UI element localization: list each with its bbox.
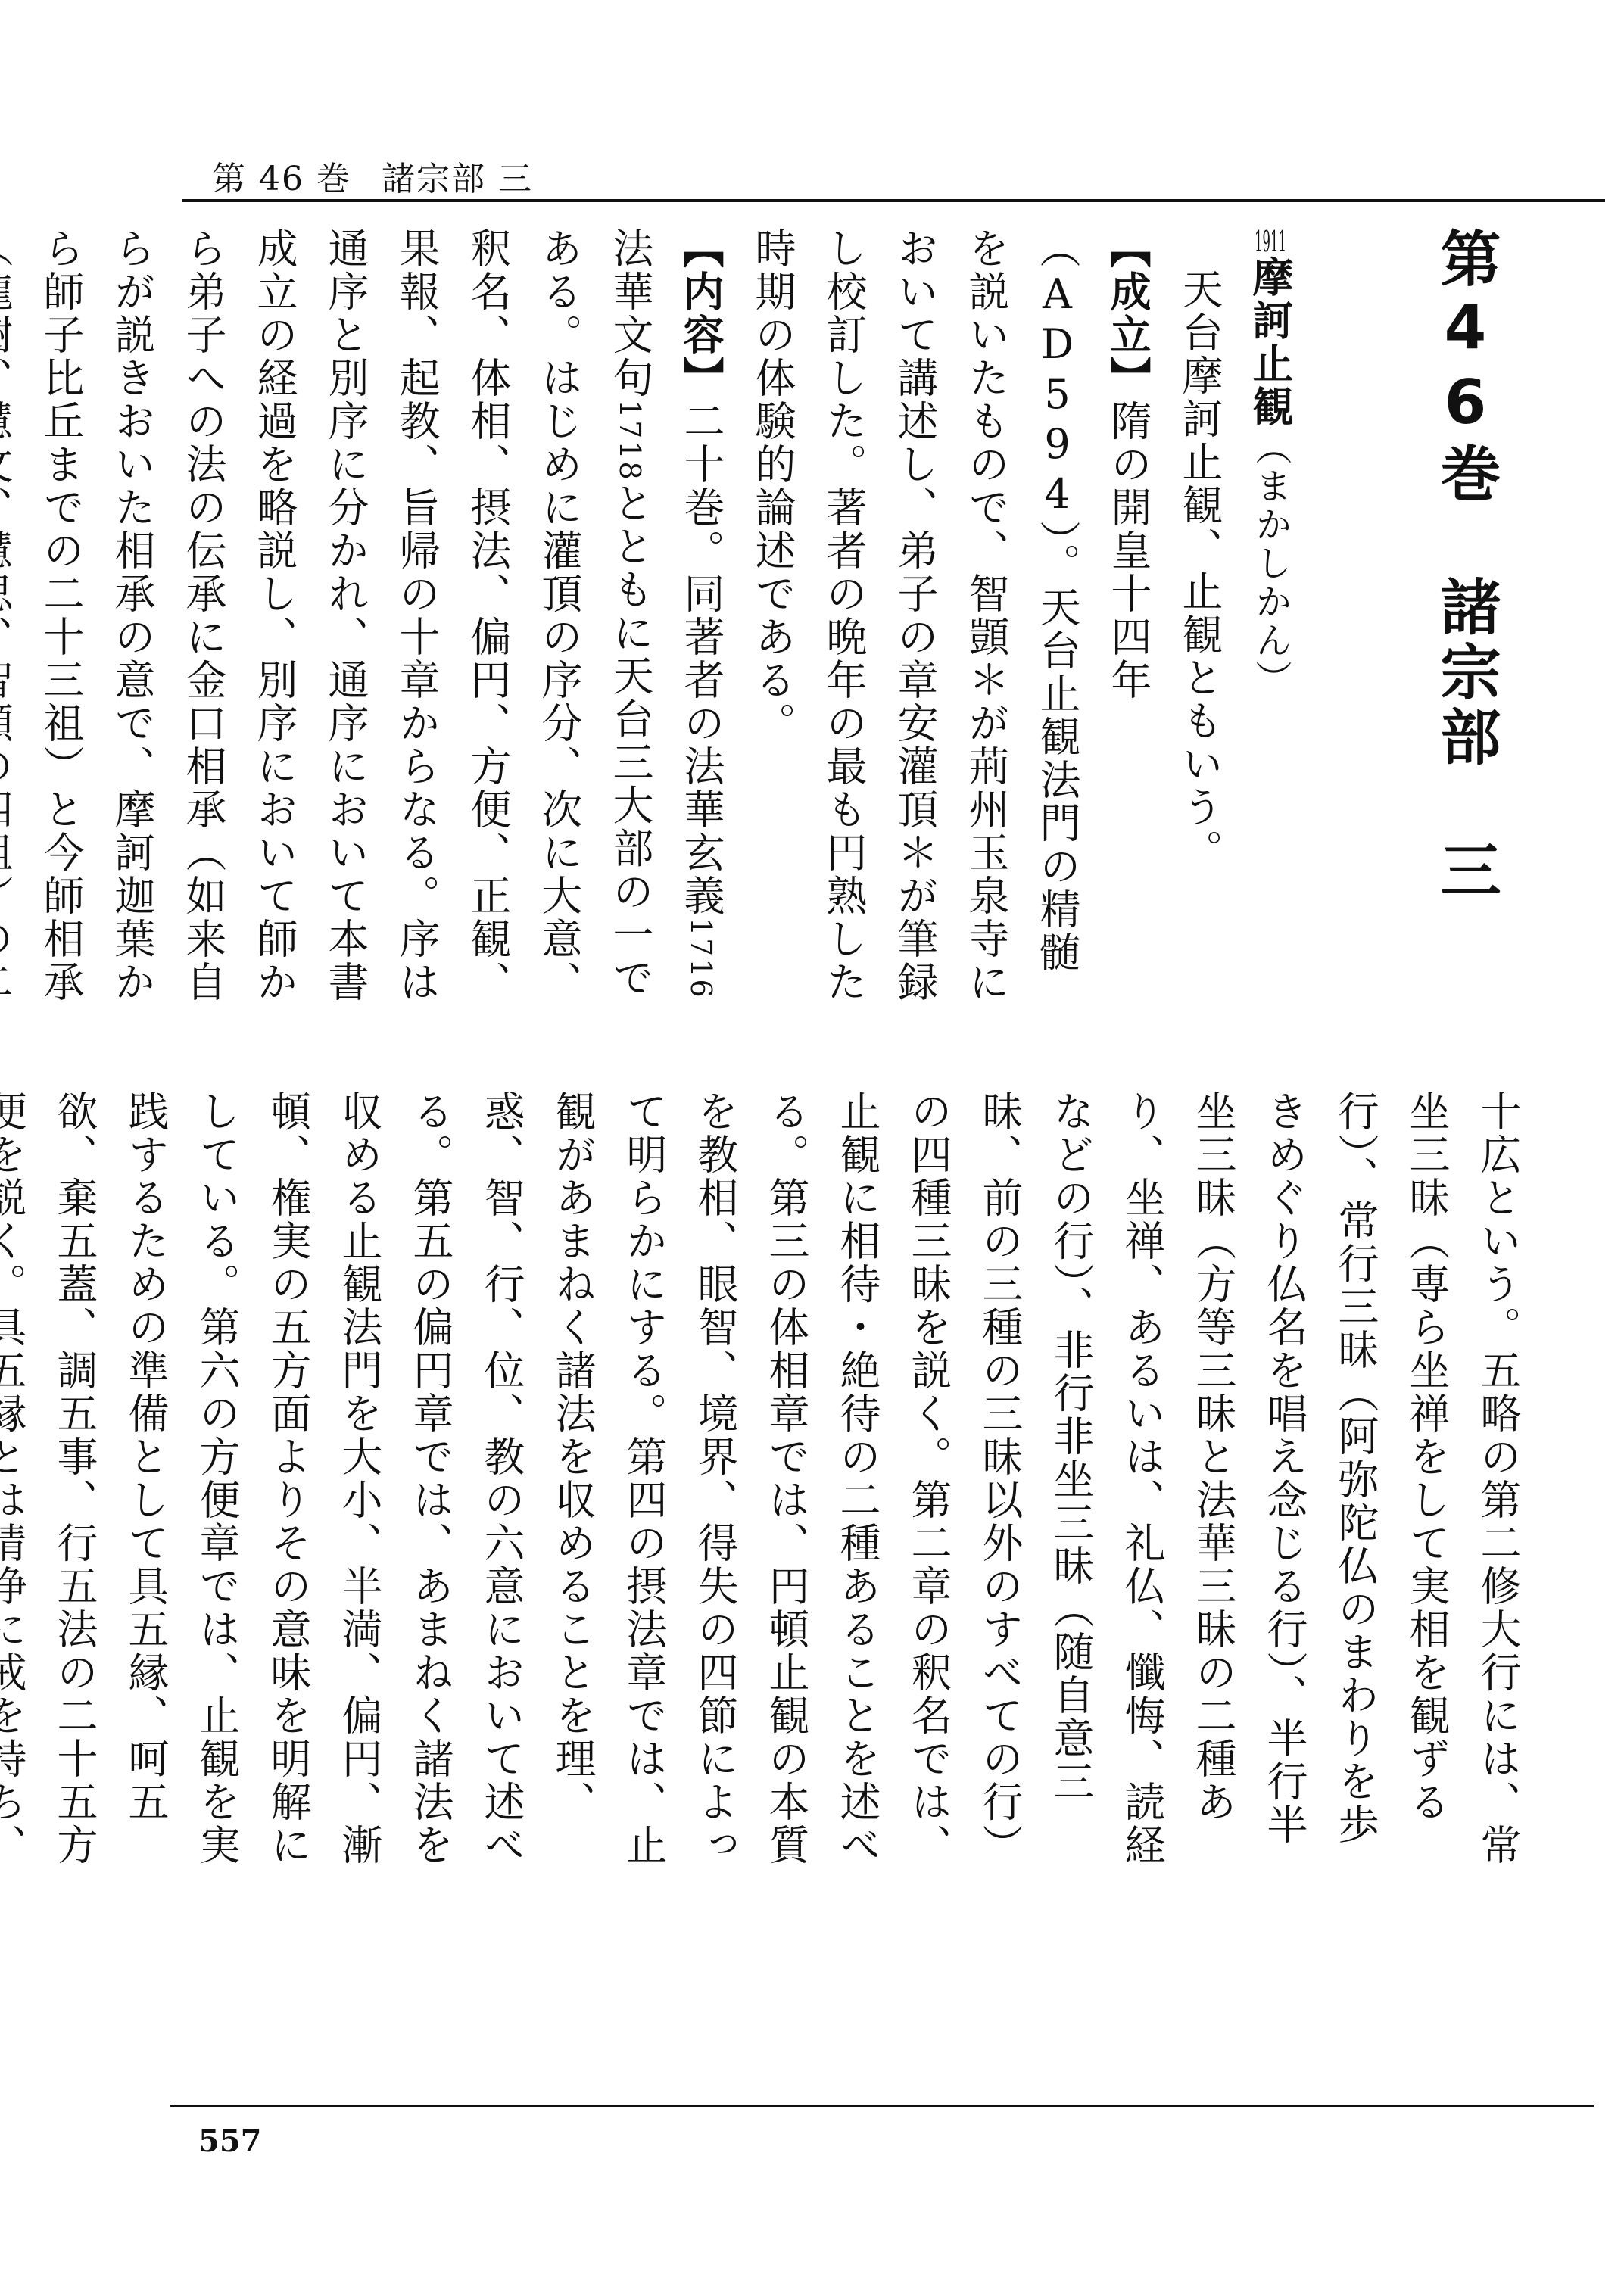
running-head-section: 諸宗部 三 — [382, 160, 533, 198]
entry-heading: 1911摩訶止観（まかしかん） — [1235, 227, 1306, 1014]
volume-title: 第46巻諸宗部三 — [1427, 227, 1503, 1014]
content-label: 【内容】 — [677, 227, 725, 400]
page-number: 557 — [198, 2123, 262, 2159]
entry-reading: （まかしかん） — [1249, 428, 1292, 699]
origin-label: 【成立】 — [1104, 227, 1152, 400]
entry-alias: 天台摩訶止観、止観ともいう。 — [1164, 227, 1235, 1014]
content-continued-1: 十広という。五略の第二修大行には、常坐三昧（専ら坐禅をして実相を観ずる行）、常行… — [0, 1090, 1533, 1877]
cross-reference-1718[interactable]: 1718 — [613, 400, 647, 482]
section-content: 【内容】二十巻。同著者の法華玄義1716法華文句1718とともに天台三大部の一で… — [0, 227, 737, 1014]
volume-title-number: 第46巻 — [1427, 227, 1503, 507]
entry-title: 摩訶止観 — [1246, 256, 1295, 428]
section-origin: 【成立】隋の開皇十四年（AD594）。天台止観法門の精髄を説いたもので、智顗＊が… — [737, 227, 1164, 1014]
running-head: 第 46 巻諸宗部 三 — [212, 151, 533, 200]
content-text-3: とともに天台三大部の一である。はじめに灌頂の序分、次に大意、釈名、体相、摂法、偏… — [0, 227, 654, 1004]
content-text-1: 二十巻。同著者の法華玄義 — [678, 400, 725, 918]
volume-title-section: 諸宗部 — [1427, 575, 1503, 771]
upper-text-tier: 第46巻諸宗部三 1911摩訶止観（まかしかん） 天台摩訶止観、止観ともいう。 … — [148, 227, 1533, 1014]
running-head-volume: 第 46 巻 — [212, 160, 351, 198]
content-text-2: 法華文句 — [606, 227, 654, 400]
middle-and-lower-text-tier: 十広という。五略の第二修大行には、常坐三昧（専ら坐禅をして実相を観ずる行）、常行… — [148, 1090, 1533, 1877]
volume-title-part: 三 — [1427, 839, 1503, 904]
footer-rule — [170, 2105, 1594, 2107]
origin-text: 隋の開皇十四年（AD594）。天台止観法門の精髄を説いたもので、智顗＊が荊州玉泉… — [749, 227, 1152, 1004]
entry-number: 1911 — [1254, 227, 1287, 256]
cross-reference-1716[interactable]: 1716 — [684, 918, 718, 1000]
header-rule — [182, 199, 1605, 202]
